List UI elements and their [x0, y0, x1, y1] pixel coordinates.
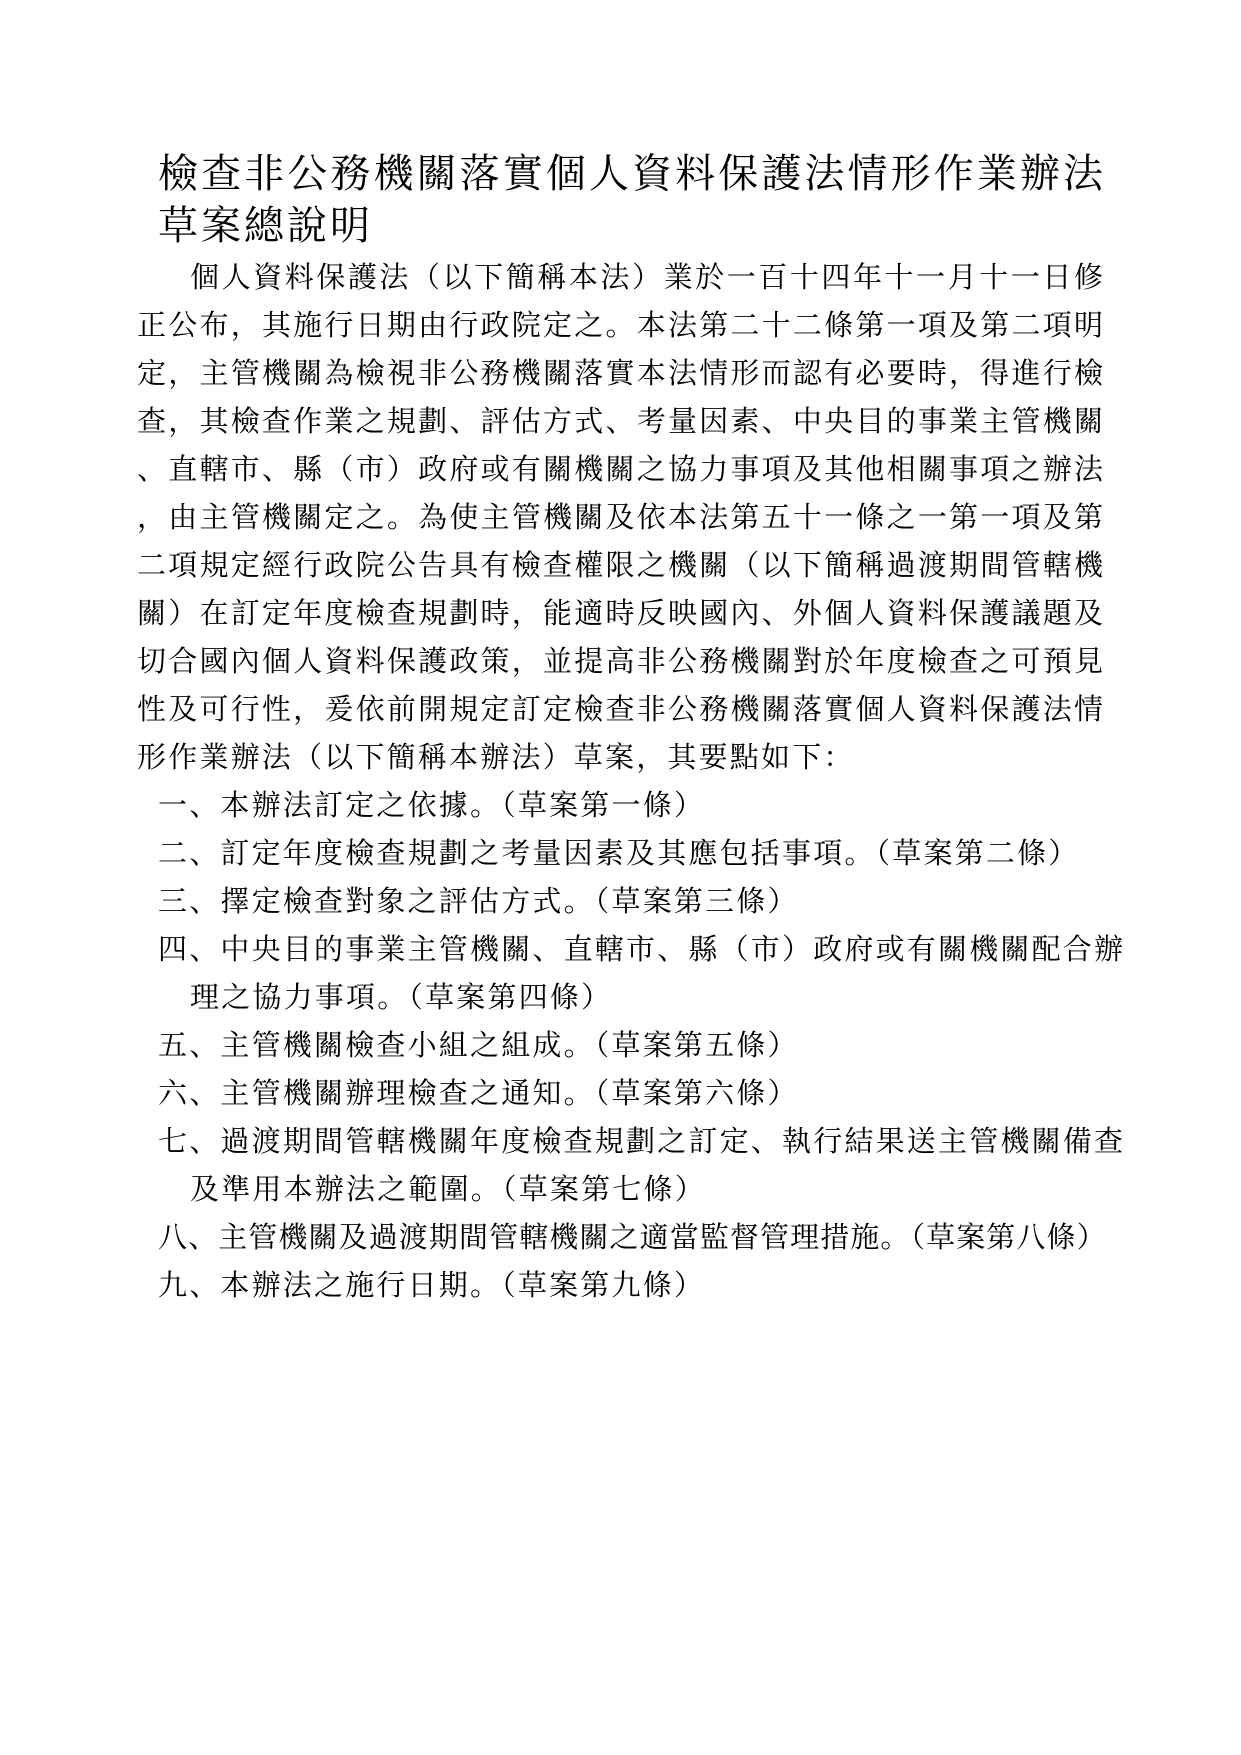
list-item-line: 二、訂定年度檢查規劃之考量因素及其應包括事項。（草案第二條） [158, 829, 1168, 877]
paragraph-line: ，由主管機關定之。為使主管機關及依本法第五十一條之一第一項及第 [137, 493, 1103, 541]
list-item-line: 一、本辦法訂定之依據。（草案第一條） [158, 781, 1168, 829]
paragraph-line: 正公布，其施行日期由行政院定之。本法第二十二條第一項及第二項明 [137, 301, 1103, 349]
title-line: 檢查非公務機關落實個人資料保護法情形作業辦法 [158, 148, 1103, 200]
doc-content: 個人資料保護法（以下簡稱本法）業於一百十四年十一月十一日修正公布，其施行日期由行… [0, 253, 1168, 1309]
paragraph-line: 查，其檢查作業之規劃、評估方式、考量因素、中央目的事業主管機關 [137, 397, 1103, 445]
list-item-line: 三、擇定檢查對象之評估方式。（草案第三條） [158, 877, 1168, 925]
title-line: 草案總說明 [158, 200, 1103, 252]
summary-paragraph: 個人資料保護法（以下簡稱本法）業於一百十四年十一月十一日修正公布，其施行日期由行… [137, 253, 1103, 781]
paragraph-line: 、直轄市、縣（市）政府或有關機關之協力事項及其他相關事項之辦法 [137, 445, 1103, 493]
list-item-line: 八、主管機關及過渡期間管轄機關之適當監督管理措施。（草案第八條） [158, 1213, 1168, 1261]
doc-title: 檢查非公務機關落實個人資料保護法情形作業辦法草案總說明 [158, 148, 1103, 252]
key-points-list: 一、本辦法訂定之依據。（草案第一條）二、訂定年度檢查規劃之考量因素及其應包括事項… [158, 781, 1168, 1309]
paragraph-line: 形作業辦法（以下簡稱本辦法）草案，其要點如下： [137, 733, 1103, 781]
list-item-line: 四、中央目的事業主管機關、直轄市、縣（市）政府或有關機關配合辦 [158, 925, 1168, 973]
paragraph-line: 二項規定經行政院公告具有檢查權限之機關（以下簡稱過渡期間管轄機 [137, 541, 1103, 589]
paragraph-line: 關）在訂定年度檢查規劃時，能適時反映國內、外個人資料保護議題及 [137, 589, 1103, 637]
paragraph-line: 定，主管機關為檢視非公務機關落實本法情形而認有必要時，得進行檢 [137, 349, 1103, 397]
list-item-line: 五、主管機關檢查小組之組成。（草案第五條） [158, 1021, 1168, 1069]
paragraph-line: 切合國內個人資料保護政策，並提高非公務機關對於年度檢查之可預見 [137, 637, 1103, 685]
list-item-line: 六、主管機關辦理檢查之通知。（草案第六條） [158, 1069, 1168, 1117]
list-item-line: 及準用本辦法之範圍。（草案第七條） [158, 1165, 1168, 1213]
document-body: 檢查非公務機關落實個人資料保護法情形作業辦法草案總說明 個人資料保護法（以下簡稱… [0, 0, 1241, 1755]
paragraph-line: 個人資料保護法（以下簡稱本法）業於一百十四年十一月十一日修 [137, 253, 1103, 301]
paragraph-line: 性及可行性，爰依前開規定訂定檢查非公務機關落實個人資料保護法情 [137, 685, 1103, 733]
list-item-line: 七、過渡期間管轄機關年度檢查規劃之訂定、執行結果送主管機關備查 [158, 1117, 1168, 1165]
list-item-line: 九、本辦法之施行日期。（草案第九條） [158, 1261, 1168, 1309]
list-item-line: 理之協力事項。（草案第四條） [158, 973, 1168, 1021]
document-page: { "page": { "background": "#ffffff", "te… [0, 0, 1241, 1755]
